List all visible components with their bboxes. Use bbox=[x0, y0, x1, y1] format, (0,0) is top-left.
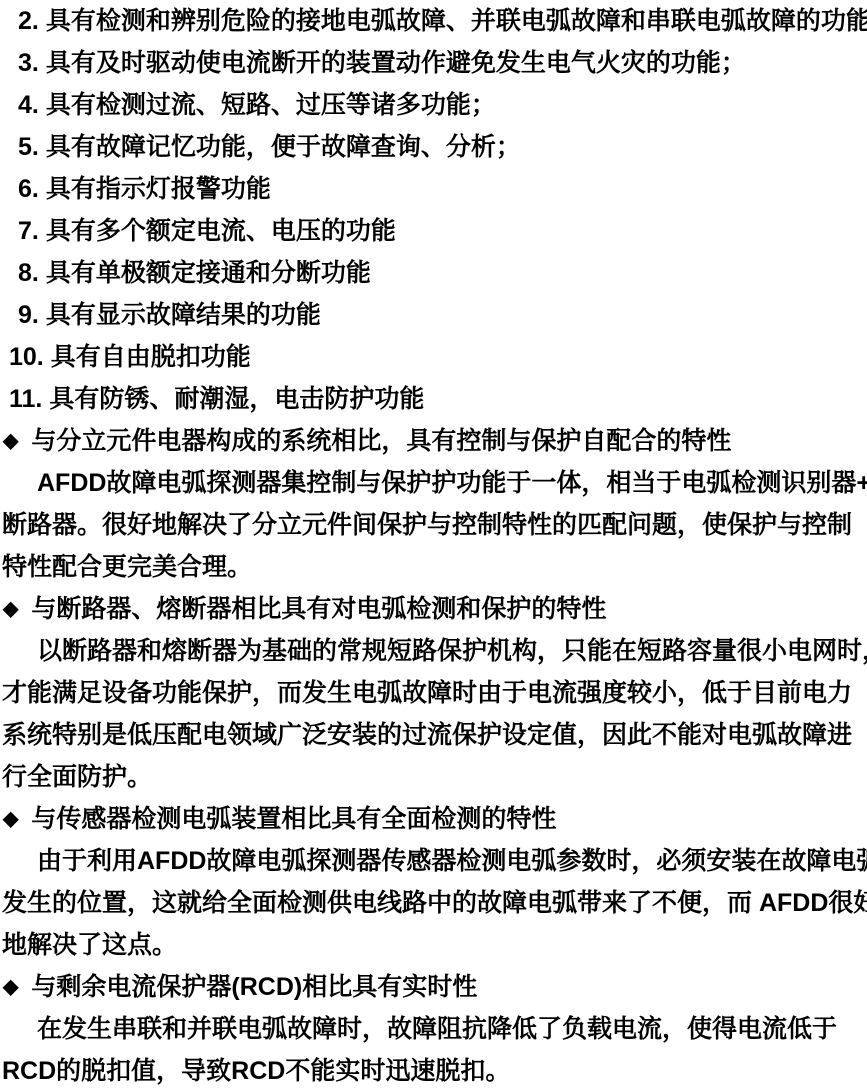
paragraph-line: 地解决了这点。 bbox=[0, 924, 867, 966]
section-heading-text: 与剩余电流保护器(RCD)相比具有实时性 bbox=[31, 973, 477, 1001]
section-heading-1: ◆与分立元件电器构成的系统相比，具有控制与保护自配合的特性 bbox=[0, 420, 867, 462]
paragraph-line: RCD的脱扣值，导致RCD不能实时迅速脱扣。 bbox=[0, 1050, 867, 1088]
paragraph-line: 系统特别是低压配电领域广泛安装的过流保护设定值，因此不能对电弧故障进 bbox=[0, 714, 867, 756]
paragraph-line: AFDD故障电弧探测器集控制与保护护功能于一体，相当于电弧检测识别器+ bbox=[0, 462, 867, 504]
diamond-bullet-icon: ◆ bbox=[3, 420, 18, 462]
paragraph-line: 由于利用AFDD故障电弧探测器传感器检测电弧参数时，必须安装在故障电弧 bbox=[0, 840, 867, 882]
paragraph-line: 特性配合更完美合理。 bbox=[0, 546, 867, 588]
paragraph-line: 断路器。很好地解决了分立元件间保护与控制特性的匹配问题，使保护与控制 bbox=[0, 504, 867, 546]
list-item-8: 8.具有单极额定接通和分断功能 bbox=[0, 252, 867, 294]
section-heading-text: 与传感器检测电弧装置相比具有全面检测的特性 bbox=[31, 805, 556, 833]
diamond-bullet-icon: ◆ bbox=[3, 588, 18, 630]
list-item-number: 5. bbox=[18, 126, 39, 168]
list-item-number: 11. bbox=[9, 378, 42, 420]
diamond-bullet-icon: ◆ bbox=[3, 966, 18, 1008]
list-item-number: 7. bbox=[18, 210, 39, 252]
list-item-number: 9. bbox=[18, 294, 39, 336]
section-heading-4: ◆与剩余电流保护器(RCD)相比具有实时性 bbox=[0, 966, 867, 1008]
diamond-bullet-icon: ◆ bbox=[3, 798, 18, 840]
list-item-text: 具有单极额定接通和分断功能 bbox=[46, 259, 371, 287]
list-item-6: 6.具有指示灯报警功能 bbox=[0, 168, 867, 210]
section-heading-2: ◆与断路器、熔断器相比具有对电弧检测和保护的特性 bbox=[0, 588, 867, 630]
list-item-3: 3.具有及时驱动使电流断开的装置动作避免发生电气火灾的功能； bbox=[0, 42, 867, 84]
list-item-2: 2.具有检测和辨别危险的接地电弧故障、并联电弧故障和串联电弧故障的功能； bbox=[0, 0, 867, 42]
list-item-text: 具有显示故障结果的功能 bbox=[46, 301, 321, 329]
list-item-text: 具有检测和辨别危险的接地电弧故障、并联电弧故障和串联电弧故障的功能； bbox=[46, 7, 867, 35]
list-item-5: 5.具有故障记忆功能，便于故障查询、分析； bbox=[0, 126, 867, 168]
paragraph-line: 发生的位置，这就给全面检测供电线路中的故障电弧带来了不便，而 AFDD很好 bbox=[0, 882, 867, 924]
list-item-11: 11.具有防锈、耐潮湿，电击防护功能 bbox=[0, 378, 867, 420]
paragraph-line: 以断路器和熔断器为基础的常规短路保护机构，只能在短路容量很小电网时， bbox=[0, 630, 867, 672]
section-heading-3: ◆与传感器检测电弧装置相比具有全面检测的特性 bbox=[0, 798, 867, 840]
list-item-number: 10. bbox=[9, 336, 44, 378]
paragraph-line: 行全面防护。 bbox=[0, 756, 867, 798]
paragraph-line: 在发生串联和并联电弧故障时，故障阻抗降低了负载电流，使得电流低于 bbox=[0, 1008, 867, 1050]
list-item-text: 具有防锈、耐潮湿，电击防护功能 bbox=[49, 385, 424, 413]
list-item-10: 10.具有自由脱扣功能 bbox=[0, 336, 867, 378]
section-heading-text: 与断路器、熔断器相比具有对电弧检测和保护的特性 bbox=[31, 595, 606, 623]
list-item-number: 6. bbox=[18, 168, 39, 210]
list-item-text: 具有检测过流、短路、过压等诸多功能； bbox=[46, 91, 496, 119]
list-item-9: 9.具有显示故障结果的功能 bbox=[0, 294, 867, 336]
list-item-number: 2. bbox=[18, 0, 39, 42]
list-item-text: 具有指示灯报警功能 bbox=[46, 175, 271, 203]
section-heading-text: 与分立元件电器构成的系统相比，具有控制与保护自配合的特性 bbox=[31, 427, 731, 455]
list-item-number: 8. bbox=[18, 252, 39, 294]
paragraph-line: 才能满足设备功能保护，而发生电弧故障时由于电流强度较小，低于目前电力 bbox=[0, 672, 867, 714]
list-item-number: 4. bbox=[18, 84, 39, 126]
list-item-4: 4.具有检测过流、短路、过压等诸多功能； bbox=[0, 84, 867, 126]
list-item-text: 具有自由脱扣功能 bbox=[51, 343, 251, 371]
list-item-number: 3. bbox=[18, 42, 39, 84]
document-body: 2.具有检测和辨别危险的接地电弧故障、并联电弧故障和串联电弧故障的功能； 3.具… bbox=[0, 0, 867, 1088]
list-item-text: 具有多个额定电流、电压的功能 bbox=[46, 217, 396, 245]
list-item-7: 7.具有多个额定电流、电压的功能 bbox=[0, 210, 867, 252]
list-item-text: 具有及时驱动使电流断开的装置动作避免发生电气火灾的功能； bbox=[46, 49, 746, 77]
list-item-text: 具有故障记忆功能，便于故障查询、分析； bbox=[46, 133, 521, 161]
